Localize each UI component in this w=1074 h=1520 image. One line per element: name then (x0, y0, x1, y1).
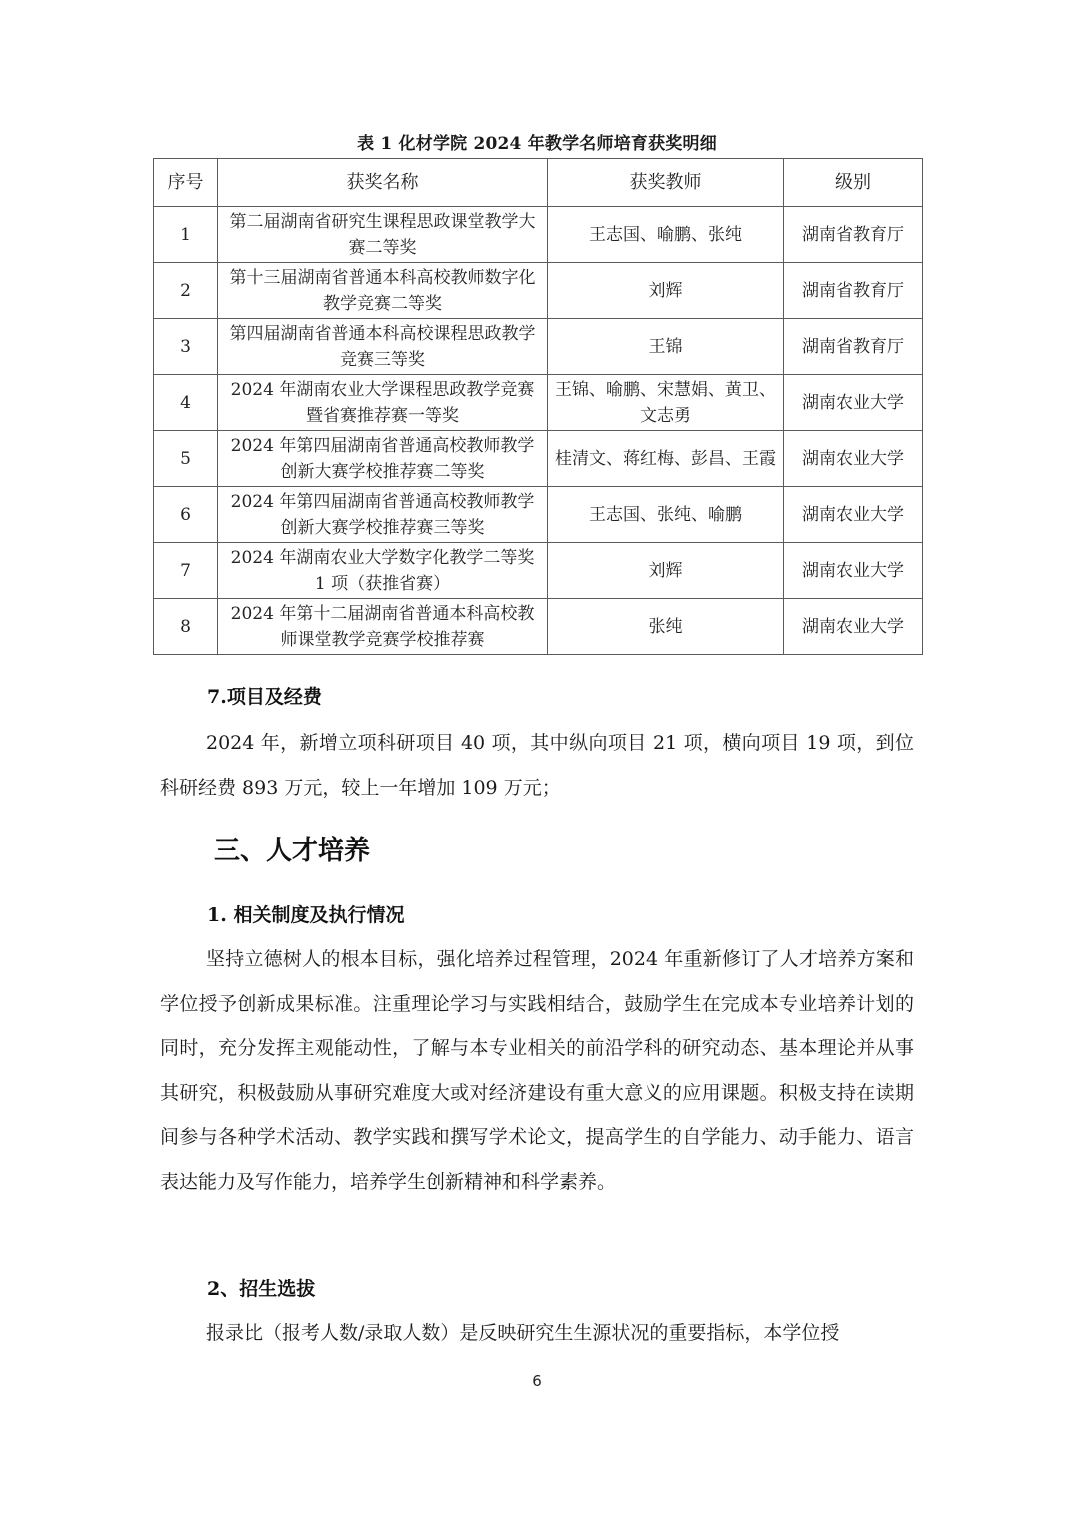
cell-level: 湖南农业大学 (784, 599, 923, 655)
paragraph-policies-execution: 坚持立德树人的根本目标，强化培养过程管理，2024 年重新修订了人才培养方案和学… (160, 937, 914, 1204)
cell-level: 湖南农业大学 (784, 375, 923, 431)
cell-level: 湖南农业大学 (784, 543, 923, 599)
column-header-teachers: 获奖教师 (548, 159, 784, 207)
table-row: 5 2024 年第四届湖南省普通高校教师教学创新大赛学校推荐赛二等奖 桂清文、蒋… (154, 431, 923, 487)
table-row: 1 第二届湖南省研究生课程思政课堂教学大赛二等奖 王志国、喻鹏、张纯 湖南省教育… (154, 207, 923, 263)
table-row: 7 2024 年湖南农业大学数字化教学二等奖 1 项（获推省赛） 刘辉 湖南农业… (154, 543, 923, 599)
cell-no: 2 (154, 263, 218, 319)
column-header-level: 级别 (784, 159, 923, 207)
heading-talent-cultivation: 三、人才培养 (214, 834, 370, 868)
table-row: 8 2024 年第十二届湖南省普通本科高校教师课堂教学竞赛学校推荐赛 张纯 湖南… (154, 599, 923, 655)
cell-award-name: 第十三届湖南省普通本科高校教师数字化教学竞赛二等奖 (218, 263, 548, 319)
cell-award-name: 2024 年第十二届湖南省普通本科高校教师课堂教学竞赛学校推荐赛 (218, 599, 548, 655)
paragraph-projects-funding: 2024 年，新增立项科研项目 40 项，其中纵向项目 21 项，横向项目 19… (160, 721, 914, 810)
cell-level: 湖南农业大学 (784, 431, 923, 487)
cell-level: 湖南省教育厅 (784, 207, 923, 263)
cell-no: 8 (154, 599, 218, 655)
cell-award-name: 2024 年第四届湖南省普通高校教师教学创新大赛学校推荐赛二等奖 (218, 431, 548, 487)
cell-no: 6 (154, 487, 218, 543)
cell-teachers: 王锦、喻鹏、宋慧娟、黄卫、文志勇 (548, 375, 784, 431)
column-header-award-name: 获奖名称 (218, 159, 548, 207)
cell-level: 湖南省教育厅 (784, 263, 923, 319)
cell-teachers: 张纯 (548, 599, 784, 655)
cell-level: 湖南农业大学 (784, 487, 923, 543)
cell-no: 7 (154, 543, 218, 599)
table-header-row: 序号 获奖名称 获奖教师 级别 (154, 159, 923, 207)
table-row: 3 第四届湖南省普通本科高校课程思政教学竞赛三等奖 王锦 湖南省教育厅 (154, 319, 923, 375)
cell-teachers: 王志国、喻鹏、张纯 (548, 207, 784, 263)
cell-teachers: 王锦 (548, 319, 784, 375)
cell-no: 5 (154, 431, 218, 487)
column-header-no: 序号 (154, 159, 218, 207)
cell-teachers: 刘辉 (548, 263, 784, 319)
cell-award-name: 2024 年第四届湖南省普通高校教师教学创新大赛学校推荐赛三等奖 (218, 487, 548, 543)
table-caption: 表 1 化材学院 2024 年教学名师培育获奖明细 (153, 132, 921, 156)
cell-level: 湖南省教育厅 (784, 319, 923, 375)
awards-table: 序号 获奖名称 获奖教师 级别 1 第二届湖南省研究生课程思政课堂教学大赛二等奖… (153, 158, 923, 655)
page-number: 6 (0, 1372, 1074, 1390)
cell-teachers: 桂清文、蒋红梅、彭昌、王霞 (548, 431, 784, 487)
table-row: 4 2024 年湖南农业大学课程思政教学竞赛暨省赛推荐赛一等奖 王锦、喻鹏、宋慧… (154, 375, 923, 431)
table-row: 6 2024 年第四届湖南省普通高校教师教学创新大赛学校推荐赛三等奖 王志国、张… (154, 487, 923, 543)
cell-award-name: 第四届湖南省普通本科高校课程思政教学竞赛三等奖 (218, 319, 548, 375)
cell-no: 1 (154, 207, 218, 263)
cell-no: 4 (154, 375, 218, 431)
heading-policies-execution: 1. 相关制度及执行情况 (207, 902, 404, 928)
heading-projects-funding: 7.项目及经费 (207, 684, 322, 710)
cell-no: 3 (154, 319, 218, 375)
paragraph-admissions: 报录比（报考人数/录取人数）是反映研究生生源状况的重要指标，本学位授 (160, 1311, 914, 1356)
cell-award-name: 2024 年湖南农业大学数字化教学二等奖 1 项（获推省赛） (218, 543, 548, 599)
table-row: 2 第十三届湖南省普通本科高校教师数字化教学竞赛二等奖 刘辉 湖南省教育厅 (154, 263, 923, 319)
heading-admissions: 2、招生选拔 (207, 1276, 315, 1302)
cell-teachers: 王志国、张纯、喻鹏 (548, 487, 784, 543)
document-page: 表 1 化材学院 2024 年教学名师培育获奖明细 序号 获奖名称 获奖教师 级… (0, 0, 1074, 1520)
cell-teachers: 刘辉 (548, 543, 784, 599)
cell-award-name: 2024 年湖南农业大学课程思政教学竞赛暨省赛推荐赛一等奖 (218, 375, 548, 431)
cell-award-name: 第二届湖南省研究生课程思政课堂教学大赛二等奖 (218, 207, 548, 263)
